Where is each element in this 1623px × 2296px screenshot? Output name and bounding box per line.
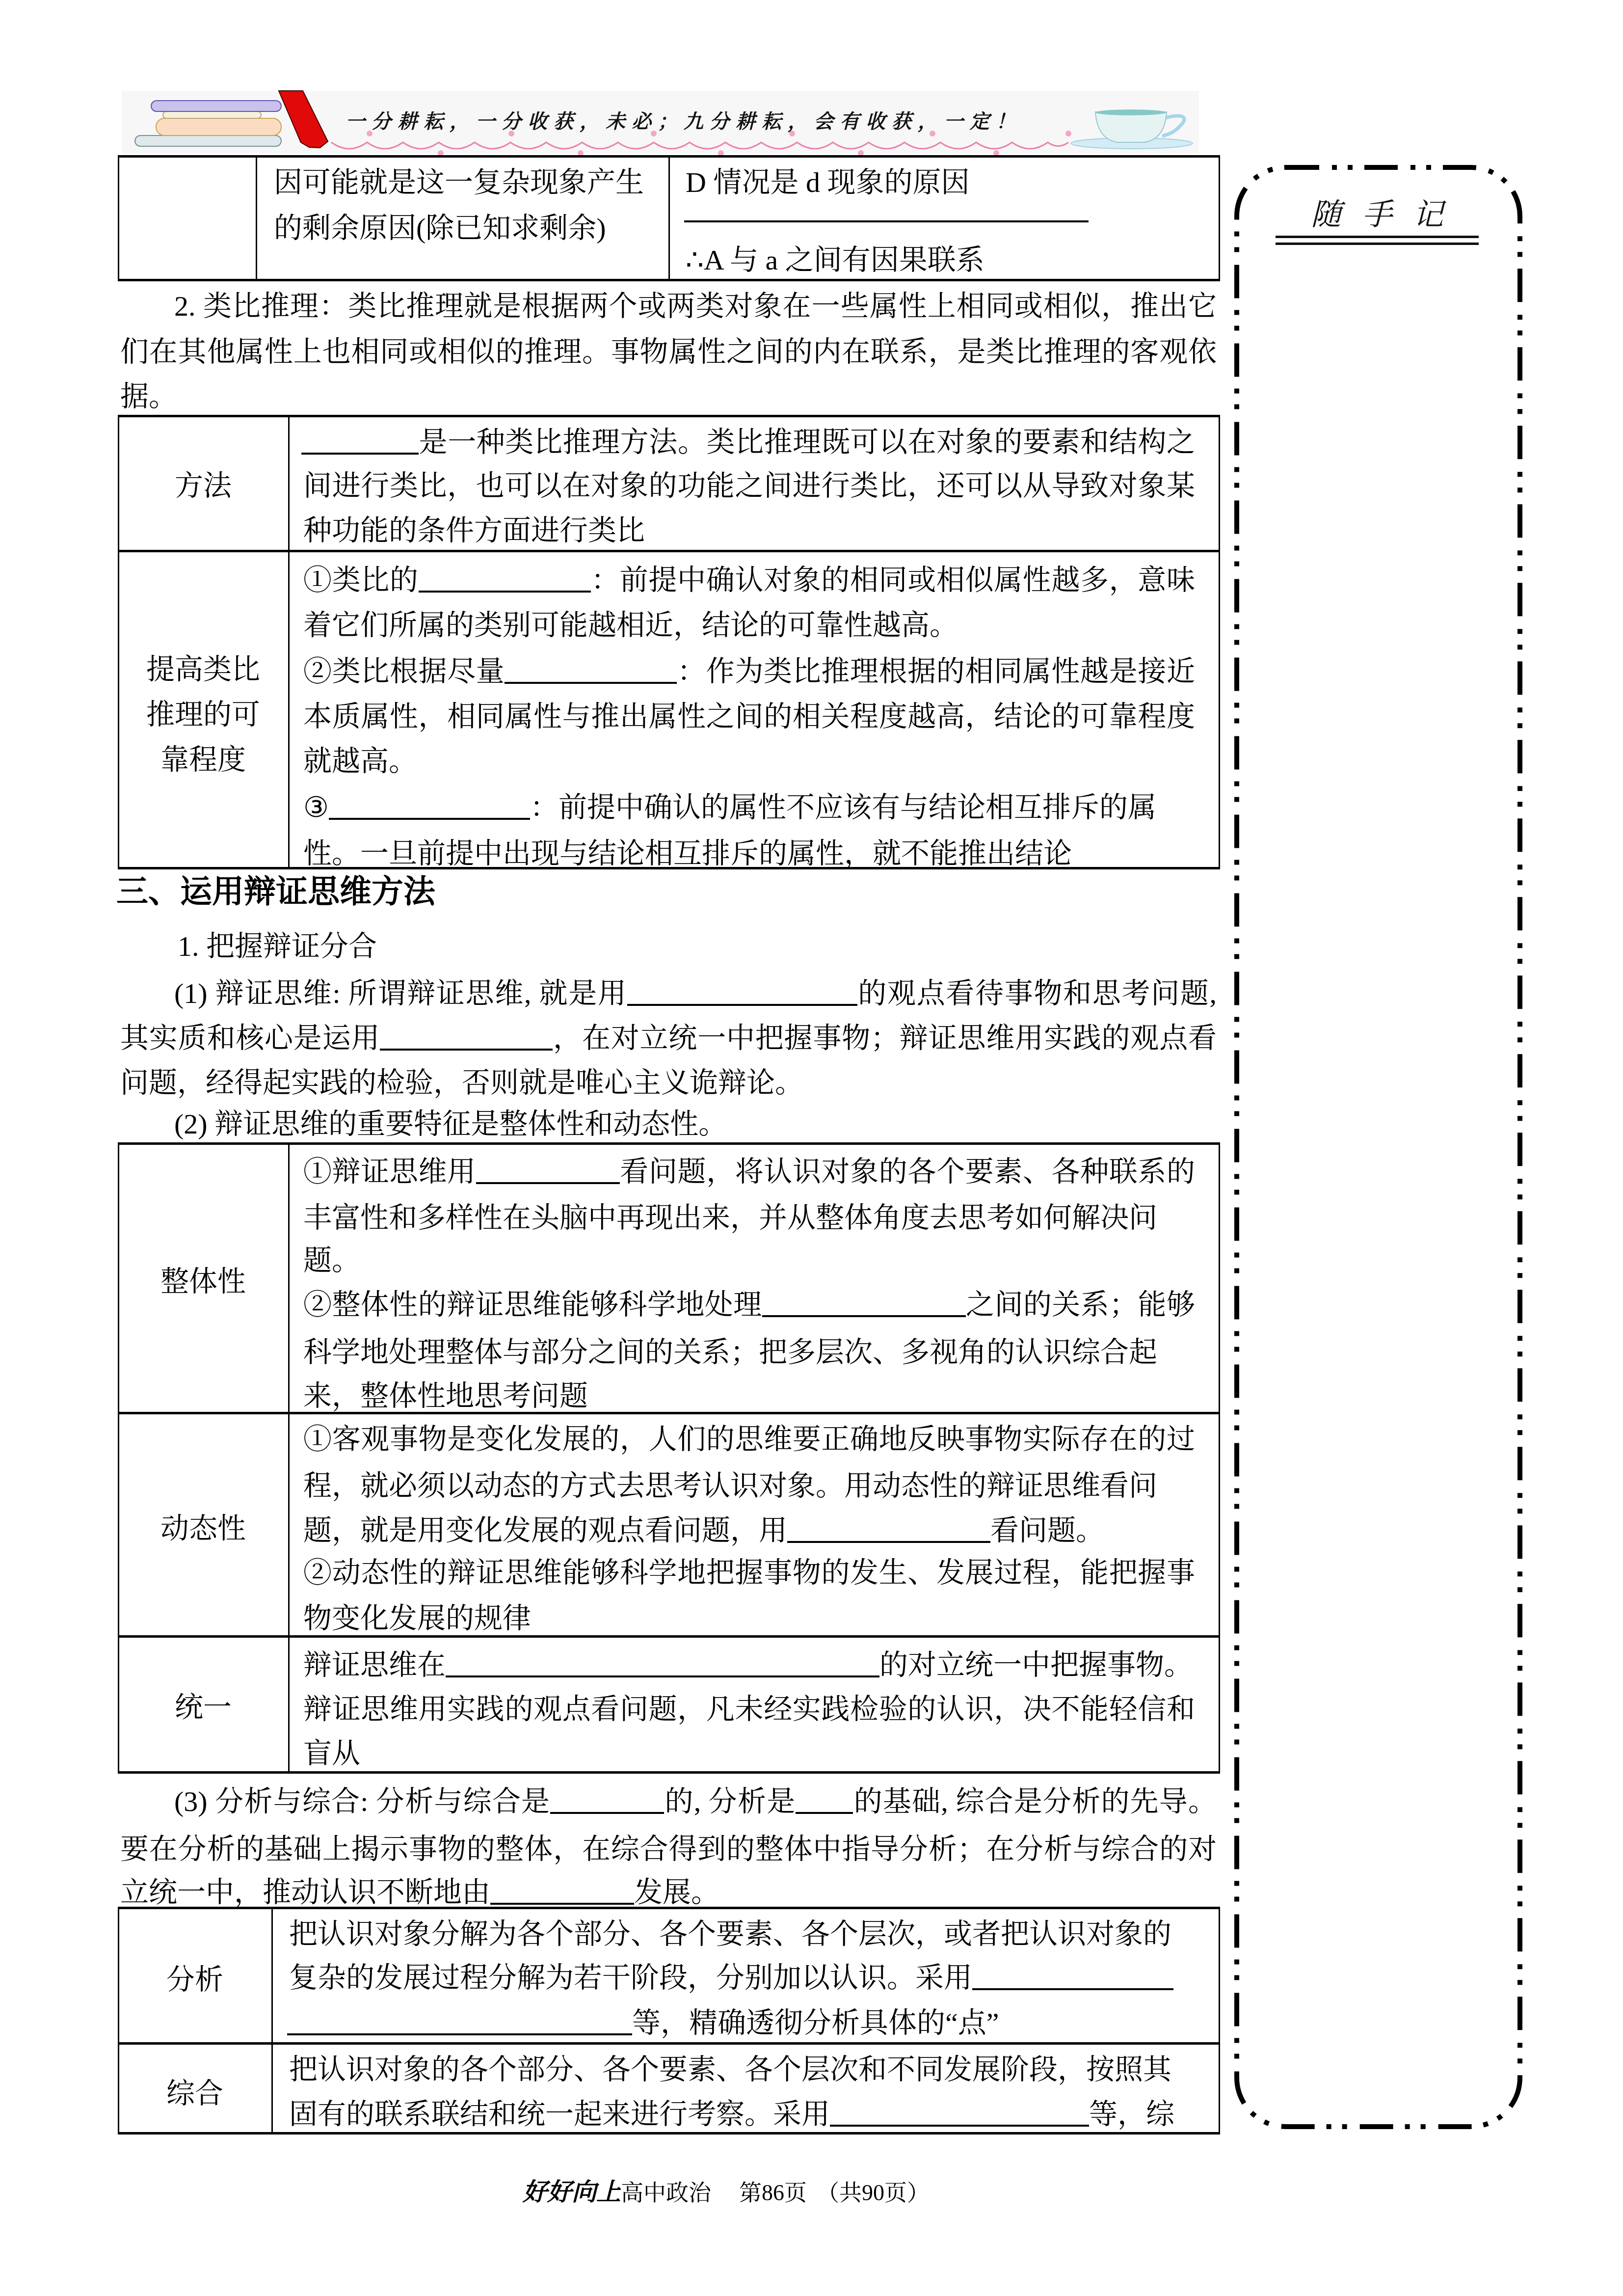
text-line: 等，精确透彻分析具体的“点” bbox=[287, 2001, 999, 2045]
fill-in-blank bbox=[490, 1903, 634, 1905]
text-line: 丰富性和多样性在头脑中再现出来，并从整体角度去思考如何解决问 bbox=[303, 1196, 1157, 1240]
column-divider bbox=[668, 155, 670, 281]
text-line: 把认识对象的各个部分、各个要素、各个层次和不同发展阶段，按照其 bbox=[289, 2048, 1171, 2092]
banner-art bbox=[0, 0, 1623, 167]
row-label: 综合 bbox=[118, 2072, 272, 2116]
text-line: 来，整体性地思考问题 bbox=[303, 1374, 588, 1418]
text-line: 是一种类比推理方法。类比推理既可以在对象的要素和结构之 bbox=[301, 420, 1195, 464]
fill-in-blank bbox=[972, 1988, 1173, 1990]
text-line: 辩证思维在的对立统一中把握事物。 bbox=[303, 1643, 1193, 1687]
notes-title: 随手记 bbox=[1276, 192, 1479, 237]
text-line: 着它们所属的类别可能越相近，结论的可靠性越高。 bbox=[303, 603, 958, 648]
text-line: ①类比的：前提中确认对象的相同或相似属性越多，意味 bbox=[303, 558, 1195, 602]
row-label: 靠程度 bbox=[118, 738, 289, 782]
fill-in-blank bbox=[287, 2033, 632, 2035]
notes-title-rule bbox=[1276, 243, 1479, 245]
text-line: 问题，经得起实践的检验，否则就是唯心主义诡辩论。 bbox=[120, 1061, 803, 1105]
notes-title-rule bbox=[1276, 236, 1479, 238]
text-line: 复杂的发展过程分解为若干阶段，分别加以认识。采用 bbox=[289, 1956, 1173, 2000]
row-label: 方法 bbox=[118, 464, 289, 508]
column-divider bbox=[288, 1142, 290, 1774]
fill-in-blank bbox=[505, 682, 677, 684]
fill-in-blank bbox=[301, 453, 419, 455]
row-divider bbox=[118, 1412, 1220, 1414]
text-line: 题。 bbox=[303, 1239, 360, 1283]
text-line: ②整体性的辩证思维能够科学地处理之间的关系；能够 bbox=[303, 1283, 1195, 1327]
text-line: 辩证思维用实践的观点看问题，凡未经实践检验的认识，决不能轻信和 bbox=[303, 1687, 1195, 1731]
banner-motto: 一分耕耘，一分收获，未必；九分耕耘，会有收获，一定！ bbox=[346, 107, 1022, 136]
text-line: 盲从 bbox=[303, 1731, 360, 1776]
text-line: 们在其他属性上也相同或相似的推理。事物属性之间的内在联系，是类比推理的客观依 bbox=[120, 330, 1217, 374]
fill-in-blank bbox=[476, 1182, 620, 1184]
description-line: 的剩余原因(除已知求剩余) bbox=[274, 206, 606, 250]
subheading: 1. 把握辩证分合 bbox=[178, 924, 377, 969]
notes-box-border bbox=[1234, 165, 1522, 2129]
text-line: ②动态性的辩证思维能够科学地把握事物的发生、发展过程，能把握事 bbox=[303, 1551, 1195, 1595]
fill-in-blank bbox=[380, 1049, 553, 1051]
text-line: 程，就必须以动态的方式去思考认识对象。用动态性的辩证思维看问 bbox=[303, 1464, 1157, 1508]
worksheet-page: 一分耕耘，一分收获，未必；九分耕耘，会有收获，一定！ 随手记 因可能就是这一复杂… bbox=[0, 0, 1623, 2296]
text-line: 性。一旦前提中出现与结论相互排斥的属性，就不能推出结论 bbox=[303, 832, 1072, 876]
text-line: ③：前提中确认的属性不应该有与结论相互排斥的属 bbox=[303, 785, 1156, 830]
page-number: 第86页 bbox=[739, 2180, 807, 2205]
example-conclusion: ∴A 与 a 之间有因果联系 bbox=[686, 238, 984, 282]
text-line: 间进行类比，也可以在对象的功能之间进行类比，还可以从导致对象某 bbox=[303, 464, 1195, 508]
fill-in-blank bbox=[830, 2125, 1089, 2127]
text-line: ①辩证思维用看问题，将认识对象的各个要素、各种联系的 bbox=[303, 1150, 1195, 1194]
text-line: 要在分析的基础上揭示事物的整体，在综合得到的整体中指导分析；在分析与综合的对 bbox=[120, 1827, 1217, 1871]
text-line: (2) 辩证思维的重要特征是整体性和动态性。 bbox=[174, 1102, 727, 1146]
fill-in-blank bbox=[446, 1675, 879, 1677]
fill-in-blank bbox=[762, 1315, 966, 1317]
row-label: 推理的可 bbox=[118, 693, 289, 737]
text-line: (1) 辩证思维: 所谓辩证思维, 就是用的观点看待事物和思考问题, bbox=[174, 972, 1217, 1016]
text-line: 把认识对象分解为各个部分、各个要素、各个层次，或者把认识对象的 bbox=[289, 1912, 1171, 1956]
page-footer: 好好向上高中政治第86页（共90页） bbox=[523, 2170, 930, 2214]
text-line: 据。 bbox=[120, 375, 177, 419]
section-heading: 三、运用辩证思维方法 bbox=[116, 870, 435, 914]
column-divider bbox=[256, 155, 257, 281]
row-divider bbox=[118, 550, 1220, 552]
text-line: 题，就是用变化发展的观点看问题，用看问题。 bbox=[303, 1509, 1104, 1553]
text-line: 科学地处理整体与部分之间的关系；把多层次、多视角的认识综合起 bbox=[303, 1330, 1157, 1375]
fill-in-blank bbox=[627, 1004, 857, 1006]
text-line: 物变化发展的规律 bbox=[303, 1596, 531, 1641]
fill-in-blank bbox=[787, 1541, 990, 1543]
text-line: 种功能的条件方面进行类比 bbox=[303, 509, 645, 553]
text-line: 就越高。 bbox=[303, 739, 417, 783]
text-line: 其实质和核心是运用，在对立统一中把握事物；辩证思维用实践的观点看 bbox=[120, 1016, 1217, 1060]
fill-in-blank bbox=[684, 220, 1089, 222]
row-label: 分析 bbox=[118, 1958, 272, 2002]
text-line: 2. 类比推理：类比推理就是根据两个或两类对象在一些属性上相同或相似，推出它 bbox=[174, 284, 1217, 328]
text-line: 本质属性，相同属性与推出属性之间的相关程度越高，结论的可靠程度 bbox=[303, 695, 1195, 739]
row-divider bbox=[118, 1635, 1220, 1638]
row-label: 整体性 bbox=[118, 1260, 289, 1304]
text-line: ②类比根据尽量：作为类比推理根据的相同属性越是接近 bbox=[303, 649, 1195, 694]
description-line: 因可能就是这一复杂现象产生 bbox=[274, 161, 644, 205]
row-label: 提高类比 bbox=[118, 648, 289, 692]
example-line: D 情况是 d 现象的原因 bbox=[686, 161, 969, 205]
text-line: (3) 分析与综合: 分析与综合是的, 分析是的基础, 综合是分析的先导。 bbox=[174, 1780, 1217, 1824]
text-line: ①客观事物是变化发展的，人们的思维要正确地反映事物实际存在的过 bbox=[303, 1417, 1195, 1461]
footer-subject: 高中政治 bbox=[621, 2180, 711, 2205]
footer-brand: 好好向上 bbox=[523, 2177, 621, 2206]
row-label: 动态性 bbox=[118, 1507, 289, 1551]
fill-in-blank bbox=[550, 1812, 664, 1814]
fill-in-blank bbox=[796, 1812, 853, 1814]
books-icon bbox=[135, 101, 281, 146]
text-line: 固有的联系联结和统一起来进行考察。采用等，综 bbox=[289, 2092, 1174, 2136]
fill-in-blank bbox=[329, 818, 530, 820]
page-total: （共90页） bbox=[817, 2180, 930, 2205]
row-label: 统一 bbox=[118, 1685, 289, 1729]
fill-in-blank bbox=[419, 591, 591, 593]
